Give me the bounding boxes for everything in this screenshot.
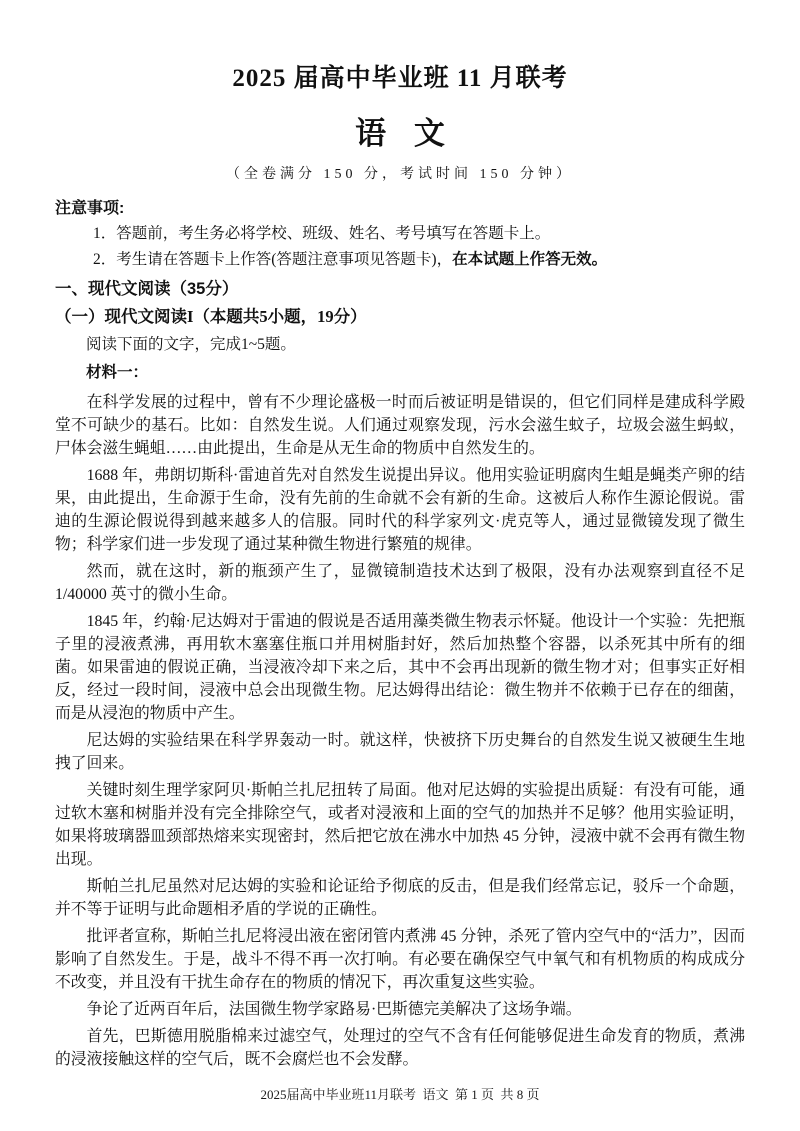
passage-paragraph: 斯帕兰扎尼虽然对尼达姆的实验和论证给予彻底的反击，但是我们经常忘记，驳斥一个命题…: [55, 875, 745, 921]
page-content: 2025 届高中毕业班 11 月联考 语 文 （全卷满分 150 分，考试时间 …: [0, 58, 800, 1071]
passage-paragraph: 批评者宣称，斯帕兰扎尼将浸出液在密闭管内煮沸 45 分钟，杀死了管内空气中的“活…: [55, 925, 745, 994]
notices-heading: 注意事项:: [55, 197, 745, 221]
notice-item-2: 2．考生请在答题卡上作答(答题注意事项见答题卡)，在本试题上作答无效。: [55, 247, 745, 273]
passage-paragraph: 1688 年，弗朗切斯科·雷迪首先对自然发生说提出异议。他用实验证明腐肉生蛆是蝇…: [55, 464, 745, 556]
material-one-label: 材料一：: [55, 359, 745, 387]
passage-paragraph: 关键时刻生理学家阿贝·斯帕兰扎尼扭转了局面。他对尼达姆的实验提出质疑：有没有可能…: [55, 779, 745, 871]
exam-subject: 语 文: [55, 108, 745, 153]
reading-instruction: 阅读下面的文字，完成1~5题。: [55, 331, 745, 359]
exam-info: （全卷满分 150 分，考试时间 150 分钟）: [55, 163, 745, 183]
subsection-heading-reading-1: （一）现代文阅读I（本题共5小题，19分）: [55, 303, 745, 331]
notice-item-2-emphasis: 在本试题上作答无效。: [452, 251, 607, 268]
passage-paragraph: 1845 年，约翰·尼达姆对于雷迪的假说是否适用藻类微生物表示怀疑。他设计一个实…: [55, 610, 745, 725]
passage-paragraph: 首先，巴斯德用脱脂棉来过滤空气，处理过的空气不含有任何能够促进生命发育的物质，煮…: [55, 1025, 745, 1071]
passage-paragraph: 然而，就在这时，新的瓶颈产生了，显微镜制造技术达到了极限，没有办法观察到直径不足…: [55, 560, 745, 606]
reading-passage: 在科学发展的过程中，曾有不少理论盛极一时而后被证明是错误的，但它们同样是建成科学…: [55, 391, 745, 1071]
section-heading-modern-reading: 一、现代文阅读（35分）: [55, 275, 745, 303]
passage-paragraph: 在科学发展的过程中，曾有不少理论盛极一时而后被证明是错误的，但它们同样是建成科学…: [55, 391, 745, 460]
page-footer: 2025届高中毕业班11月联考 语文 第 1 页 共 8 页: [0, 1084, 800, 1103]
exam-title: 2025 届高中毕业班 11 月联考: [55, 58, 745, 94]
passage-paragraph: 争论了近两百年后，法国微生物学家路易·巴斯德完美解决了这场争端。: [55, 998, 745, 1021]
passage-paragraph: 尼达姆的实验结果在科学界轰动一时。就这样，快被挤下历史舞台的自然发生说又被硬生生…: [55, 729, 745, 775]
exam-paper-page: 2025 届高中毕业班 11 月联考 语 文 （全卷满分 150 分，考试时间 …: [0, 0, 800, 1131]
notice-item-1: 1．答题前，考生务必将学校、班级、姓名、考号填写在答题卡上。: [55, 221, 745, 247]
notice-item-2-text: 2．考生请在答题卡上作答(答题注意事项见答题卡)，: [93, 251, 452, 268]
